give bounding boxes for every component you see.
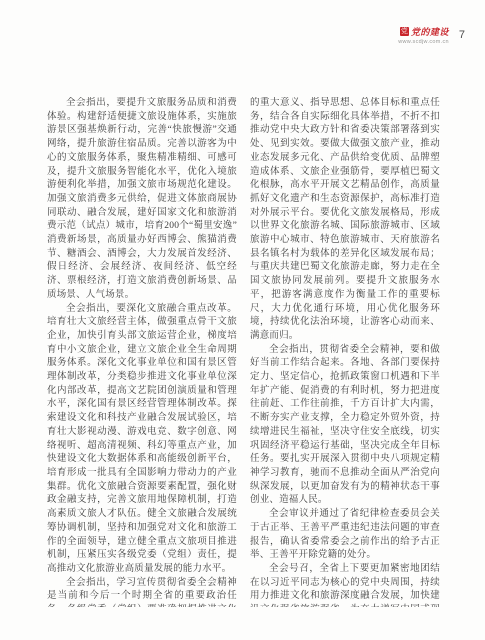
article-paragraph: 全会指出，要提升文旅服务品质和消费体验。构建舒适便捷文旅设施体系，实施旅游景区强… [47,97,237,303]
journal-title: 党的建设 [411,25,449,38]
article-paragraph: 全会指出，要深化文旅融合重点改革。培育壮大文旅经营主体，做强重点骨干文旅企业，加… [47,303,237,577]
article-paragraph: 全会审议并通过了省纪律检查委员会关于古正举、王善平严重违纪违法问题的审查报告，确… [250,508,440,563]
article-paragraph: 全会号召，全省上下要更加紧密地团结在以习近平同志为核心的党中央周围，持续用力推进… [250,563,440,607]
article-paragraph: 的重大意义、指导思想、总体目标和重点任务，结合各自实际细化具体举措，不折不扣推动… [250,97,440,344]
page-number: 7 [459,29,465,41]
article-paragraph: 全会指出，贯彻省委全会精神，要和做好当前工作结合起来。各地、各部门要保持定力、坚… [250,344,440,508]
article-column-left: 全会指出，要提升文旅服务品质和消费体验。构建舒适便捷文旅设施体系，实施旅游景区强… [47,97,237,607]
article-column-right: 的重大意义、指导思想、总体目标和重点任务，结合各自实际细化具体举措，不折不扣推动… [250,97,440,607]
journal-seal-icon: 党 [400,27,409,36]
article-paragraph: 全会指出，学习宣传贯彻省委全会精神是当前和今后一个时期全省的重要政治任务。各级党… [47,577,237,607]
article-body: 全会指出，要提升文旅服务品质和消费体验。构建舒适便捷文旅设施体系，实施旅游景区强… [47,97,440,607]
journal-logo-row: 党 党的建设 [400,25,449,38]
journal-logo: 党 党的建设 www.scdjw.com.cn [398,25,449,45]
journal-website: www.scdjw.com.cn [398,39,449,45]
magazine-page: 党 党的建设 www.scdjw.com.cn 7 全会指出，要提升文旅服务品质… [0,0,485,640]
masthead: 党 党的建设 www.scdjw.com.cn 7 [398,25,465,45]
